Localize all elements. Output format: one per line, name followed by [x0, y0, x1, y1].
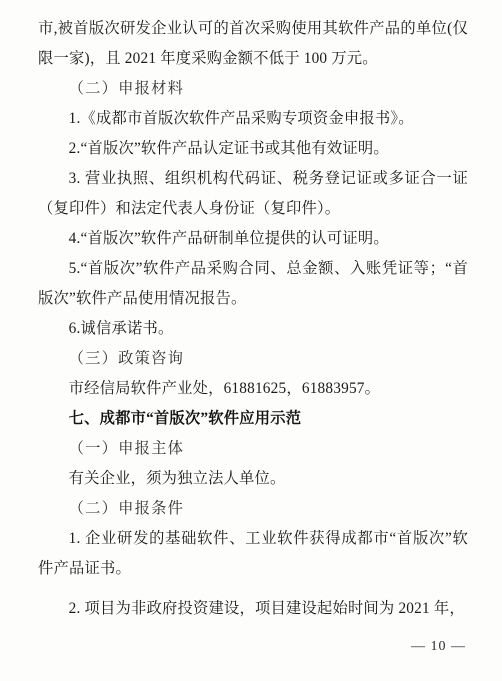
- document-body: 市,被首版次研发企业认可的首次采购使用其软件产品的单位(仅限一家)，且 2021…: [38, 14, 468, 624]
- paragraph: 有关企业，须为独立法人单位。: [38, 464, 468, 494]
- section-heading: （二）申报条件: [38, 494, 468, 524]
- chapter-heading: 七、成都市“首版次”软件应用示范: [38, 404, 468, 434]
- paragraph: 4.“首版次”软件产品研制单位提供的认可证明。: [38, 224, 468, 254]
- paragraph: 1.《成都市首版次软件产品采购专项资金申报书》。: [38, 104, 468, 134]
- paragraph: 2. 项目为非政府投资建设，项目建设起始时间为 2021 年，: [38, 594, 468, 624]
- paragraph: 6.诚信承诺书。: [38, 314, 468, 344]
- section-heading: （一）申报主体: [38, 434, 468, 464]
- paragraph: 市,被首版次研发企业认可的首次采购使用其软件产品的单位(仅限一家)，且 2021…: [38, 14, 468, 74]
- paragraph: 1. 企业研发的基础软件、工业软件获得成都市“首版次”软件产品证书。: [38, 524, 468, 584]
- document-page: 市,被首版次研发企业认可的首次采购使用其软件产品的单位(仅限一家)，且 2021…: [0, 0, 502, 681]
- paragraph: 2.“首版次”软件产品认定证书或其他有效证明。: [38, 134, 468, 164]
- paragraph: 市经信局软件产业处，61881625，61883957。: [38, 374, 468, 404]
- paragraph: 3. 营业执照、组织机构代码证、税务登记证或多证合一证（复印件）和法定代表人身份…: [38, 164, 468, 224]
- paragraph: 5.“首版次”软件产品采购合同、总金额、入账凭证等；“首版次”软件产品使用情况报…: [38, 254, 468, 314]
- section-heading: （三）政策咨询: [38, 344, 468, 374]
- page-number: — 10 —: [411, 636, 466, 658]
- section-heading: （二）申报材料: [38, 74, 468, 104]
